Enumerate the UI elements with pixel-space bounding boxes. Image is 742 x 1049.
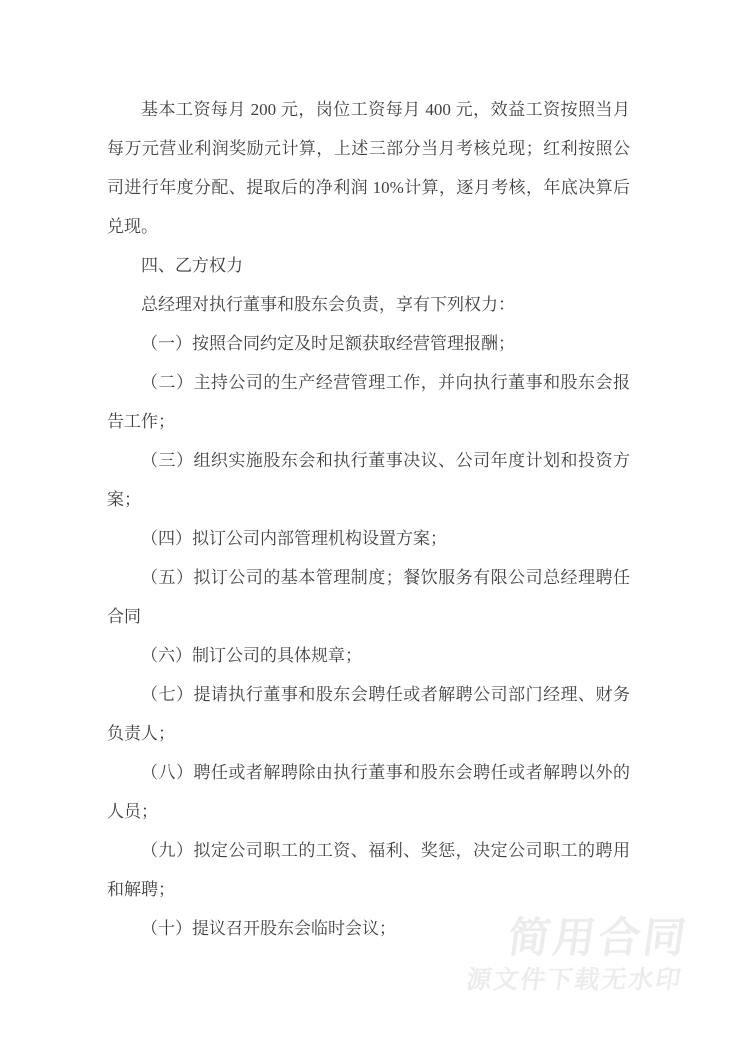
document-line: 基本工资每月 200 元，岗位工资每月 400 元，效益工资按照当月 (107, 90, 630, 129)
site-watermark: 简用合同 源文件下载无水印 (464, 914, 691, 995)
document-line: （二）主持公司的生产经营管理工作，并向执行董事和股东会报 (107, 363, 630, 402)
document-line: 司进行年度分配、提取后的净利润 10%计算，逐月考核，年底决算后 (107, 168, 630, 207)
document-line: （三）组织实施股东会和执行董事决议、公司年度计划和投资方 (107, 441, 630, 480)
document-line: （四）拟订公司内部管理机构设置方案； (107, 519, 630, 558)
document-line: 合同 (107, 597, 630, 636)
document-line: 人员； (107, 792, 630, 831)
document-line: （八）聘任或者解聘除由执行董事和股东会聘任或者解聘以外的 (107, 753, 630, 792)
contract-text-block: 基本工资每月 200 元，岗位工资每月 400 元，效益工资按照当月 每万元营业… (107, 90, 630, 948)
document-line: 每万元营业利润奖励元计算，上述三部分当月考核兑现；红利按照公 (107, 129, 630, 168)
watermark-subtitle: 源文件下载无水印 (464, 965, 684, 995)
document-line: （七）提请执行董事和股东会聘任或者解聘公司部门经理、财务 (107, 675, 630, 714)
document-line: 兑现。 (107, 207, 630, 246)
document-line: 总经理对执行董事和股东会负责，享有下列权力： (107, 285, 630, 324)
document-line: （五）拟订公司的基本管理制度；餐饮服务有限公司总经理聘任 (107, 558, 630, 597)
document-line: （九）拟定公司职工的工资、福利、奖惩，决定公司职工的聘用 (107, 831, 630, 870)
document-line: 案； (107, 480, 630, 519)
document-line: （六）制订公司的具体规章； (107, 636, 630, 675)
document-page: 基本工资每月 200 元，岗位工资每月 400 元，效益工资按照当月 每万元营业… (0, 0, 742, 1049)
document-line: 和解聘； (107, 870, 630, 909)
document-line-section-heading: 四、乙方权力 (107, 246, 630, 285)
document-line: （一）按照合同约定及时足额获取经营管理报酬； (107, 324, 630, 363)
watermark-title: 简用合同 (469, 914, 692, 962)
document-line: 告工作； (107, 402, 630, 441)
document-line: 负责人； (107, 714, 630, 753)
